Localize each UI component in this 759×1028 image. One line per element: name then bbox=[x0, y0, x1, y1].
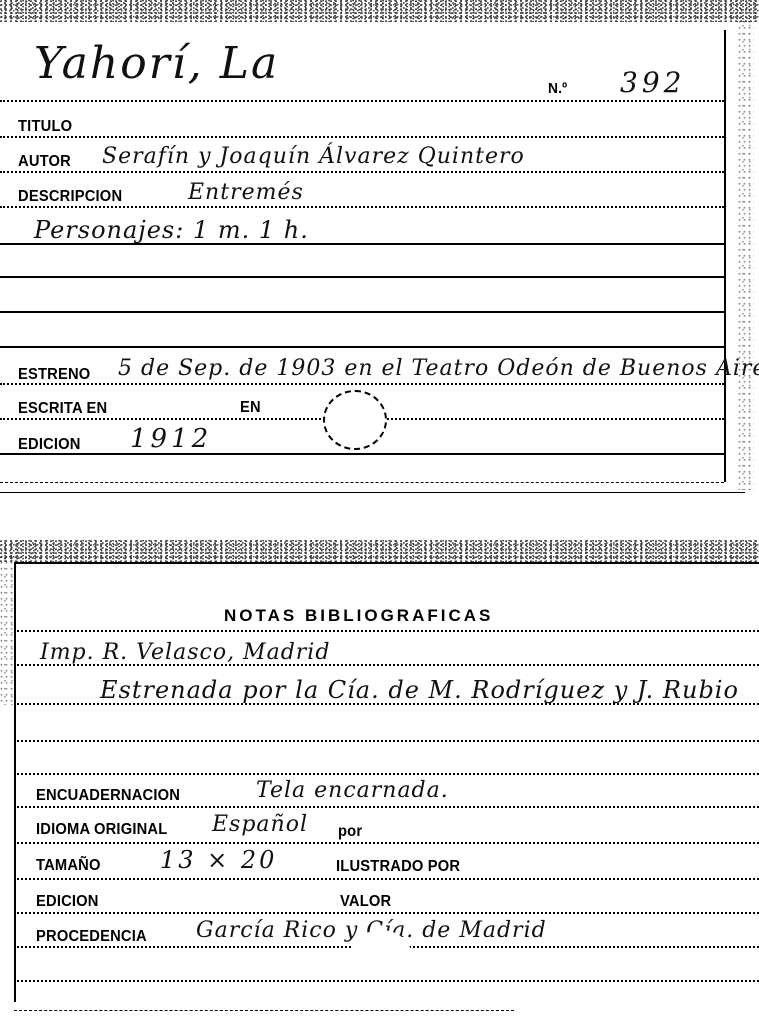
punch-hole bbox=[323, 390, 387, 450]
rule bbox=[14, 740, 759, 742]
rule bbox=[0, 206, 724, 208]
divider bbox=[0, 492, 745, 493]
card-bottom-edge bbox=[14, 1010, 514, 1011]
edicion-back-label: EDICION bbox=[36, 893, 99, 911]
rule bbox=[0, 311, 724, 313]
rule bbox=[0, 346, 724, 348]
card-top-edge bbox=[14, 562, 759, 564]
note-line-2: Estrenada por la Cía. de M. Rodríguez y … bbox=[100, 676, 739, 704]
descripcion-label: DESCRIPCION bbox=[18, 188, 122, 206]
autor-value: Serafín y Joaquín Álvarez Quintero bbox=[102, 144, 525, 169]
rule bbox=[0, 453, 724, 455]
rule bbox=[14, 664, 759, 666]
rule bbox=[14, 773, 759, 775]
estreno-value: 5 de Sep. de 1903 en el Teatro Odeón de … bbox=[118, 356, 759, 381]
card-bottom-edge bbox=[0, 482, 724, 483]
rule bbox=[14, 878, 759, 880]
rule bbox=[0, 276, 724, 278]
procedencia-label: PROCEDENCIA bbox=[36, 928, 147, 946]
number-value: 392 bbox=[620, 66, 685, 99]
rule bbox=[14, 842, 759, 844]
encuadernacion-value: Tela encarnada. bbox=[256, 778, 449, 803]
rule bbox=[14, 703, 759, 705]
autor-label: AUTOR bbox=[18, 153, 71, 171]
encuadernacion-label: ENCUADERNACION bbox=[36, 787, 180, 805]
por-label: por bbox=[338, 823, 362, 841]
rule bbox=[14, 630, 759, 632]
card-border bbox=[724, 30, 726, 482]
idioma-original-value: Español bbox=[212, 812, 308, 837]
personajes-value: Personajes: 1 m. 1 h. bbox=[34, 216, 309, 244]
scan-edge-top bbox=[0, 0, 759, 22]
rule bbox=[0, 383, 724, 385]
rule bbox=[14, 980, 759, 982]
note-line-1: Imp. R. Velasco, Madrid bbox=[40, 640, 330, 665]
card-border bbox=[14, 562, 16, 1002]
number-label: N.º bbox=[548, 80, 567, 97]
tamano-value: 13 × 20 bbox=[160, 846, 277, 874]
rule bbox=[0, 136, 724, 138]
titulo-label: TITULO bbox=[18, 118, 72, 136]
valor-label: VALOR bbox=[340, 893, 391, 911]
descripcion-value: Entremés bbox=[188, 180, 304, 205]
punch-hole bbox=[350, 930, 412, 984]
estreno-label: ESTRENO bbox=[18, 366, 90, 384]
title-handwritten: Yahorí, La bbox=[34, 38, 279, 89]
rule bbox=[0, 171, 724, 173]
scan-edge-right bbox=[738, 20, 754, 490]
escrita-en-label: ESCRITA EN bbox=[18, 400, 107, 418]
notas-heading: NOTAS BIBLIOGRAFICAS bbox=[224, 606, 493, 626]
ilustrado-por-label: ILUSTRADO POR bbox=[336, 858, 460, 876]
scan-edge-top bbox=[0, 540, 759, 562]
edicion-value: 1912 bbox=[130, 424, 212, 454]
idioma-original-label: IDIOMA ORIGINAL bbox=[36, 821, 167, 839]
en-label: EN bbox=[240, 399, 261, 417]
rule bbox=[14, 912, 759, 914]
rule bbox=[0, 243, 724, 245]
rule bbox=[0, 100, 724, 102]
rule bbox=[14, 806, 759, 808]
tamano-label: TAMAÑO bbox=[36, 857, 101, 875]
edicion-label: EDICION bbox=[18, 436, 81, 454]
